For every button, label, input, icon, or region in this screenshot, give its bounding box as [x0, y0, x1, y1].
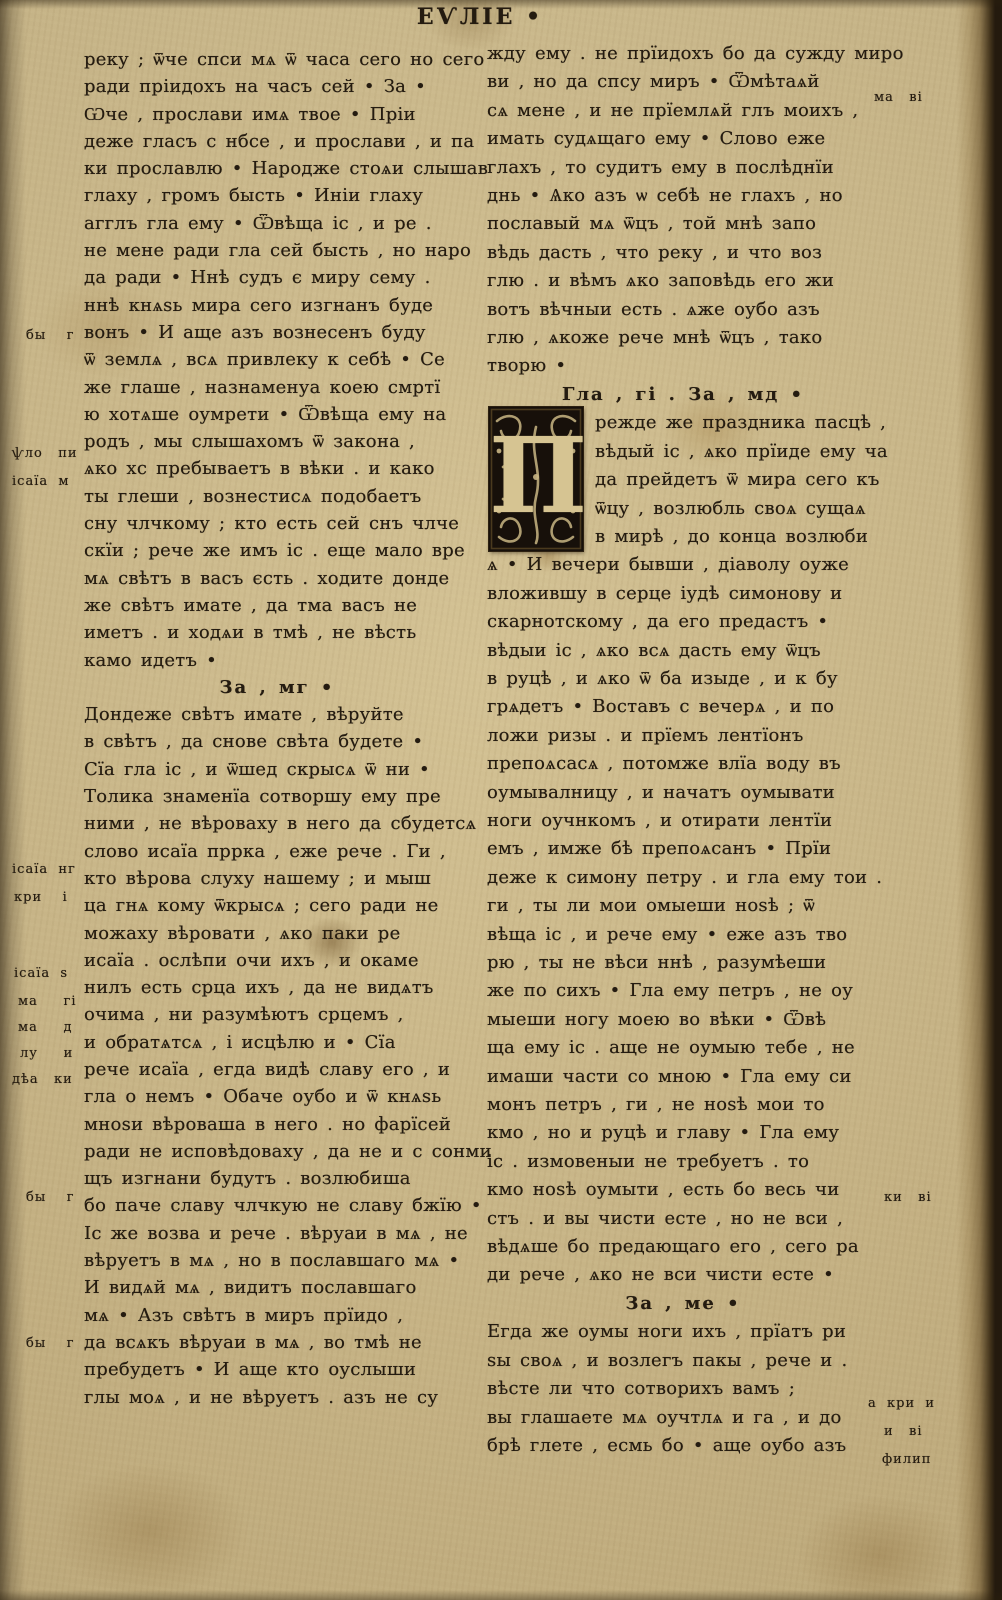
- text-line: глаху , громъ бысть • Иніи глаху: [84, 182, 470, 209]
- text-line: мноѕи вѣроваша в него . но фарїсей: [84, 1111, 470, 1138]
- text-line: скїи ; рече же имъ іс . еще мало вре: [84, 537, 470, 564]
- text-line: да ради • Ннѣ судъ є миру сему .: [84, 264, 470, 291]
- text-line: сѧ мене , и не прїемлѧй глъ моихъ ,: [487, 97, 879, 125]
- text-line: деже гласъ с нбсе , и прослави , и па: [84, 128, 470, 155]
- zachalo-heading-45: За , ме •: [487, 1290, 879, 1318]
- book-page-scan: ЕѴЛІЕ • реку ; ѿче спси мѧ ѿ часа сего н…: [0, 0, 1002, 1600]
- text-line: глы моѧ , и не вѣруетъ . азъ не су: [84, 1384, 470, 1411]
- ornate-initial-block: П: [489, 407, 583, 551]
- text-line: стъ . и вы чисти есте , но не вси ,: [487, 1205, 879, 1233]
- text-line: вѣдыи іс , ѧко всѧ дасть ему ѿцъ: [487, 637, 879, 665]
- text-line: ради не исповѣдоваху , да не и с сонми: [84, 1138, 470, 1165]
- text-line: Іс же возва и рече . вѣруаи в мѧ , не: [84, 1220, 470, 1247]
- text-line: пребудетъ • И аще кто оуслыши: [84, 1356, 470, 1383]
- text-line: слово исаїа пррка , еже рече . Ги ,: [84, 838, 470, 865]
- text-line: родъ , мы слышахомъ ѿ закона ,: [84, 428, 470, 455]
- text-line: вотъ вѣчныи есть . ѧже оубо азъ: [487, 296, 879, 324]
- text-line: очима , ни разумѣютъ срцемъ ,: [84, 1001, 470, 1028]
- text-line: гла о немъ • Обаче оубо и ѿ кнѧѕь: [84, 1083, 470, 1110]
- text-line: в свѣтъ , да снове свѣта будете •: [84, 728, 470, 755]
- text-line: не мене ради гла сей бысть , но наро: [84, 237, 470, 264]
- text-line: деже к симону петру . и гла ему тои .: [487, 864, 879, 892]
- text-line: рече исаїа , егда видѣ славу его , и: [84, 1056, 470, 1083]
- text-line: глю , ѧкоже рече мнѣ ѿцъ , тако: [487, 324, 879, 352]
- text-line: глахъ , то судитъ ему в послѣднїи: [487, 154, 879, 182]
- margin-note: ма д: [18, 1020, 73, 1035]
- right-column: жду ему . не прїидохъ бо да сужду мирови…: [487, 40, 879, 1460]
- right-text-block-2: ѧ • И вечери бывши , діаволу оужевложивш…: [487, 551, 879, 1290]
- text-line: творю •: [487, 352, 879, 380]
- text-line: ца гнѧ кому ѿкрысѧ ; сего ради не: [84, 892, 470, 919]
- text-line: реку ; ѿче спси мѧ ѿ часа сего но сего: [84, 46, 470, 73]
- initial-letter-P: П: [489, 415, 583, 538]
- text-line: вѣща іс , и рече ему • еже азъ тво: [487, 921, 879, 949]
- text-line: ди рече , ѧко не вси чисти есте •: [487, 1261, 879, 1289]
- text-line: имать судѧщаго ему • Слово еже: [487, 125, 879, 153]
- text-line: ю хотѧше оумрети • Ѿвѣща ему на: [84, 401, 470, 428]
- text-line: И видѧй мѧ , видитъ пославшаго: [84, 1274, 470, 1301]
- right-text-block-3: Егда же оумы ноги ихъ , прїатъ риѕы своѧ…: [487, 1318, 879, 1460]
- text-line: да всѧкъ вѣруаи в мѧ , во тмѣ не: [84, 1329, 470, 1356]
- text-line: брѣ глете , есмь бо • аще оубо азъ: [487, 1432, 879, 1460]
- text-line: вѣдь дасть , что реку , и что воз: [487, 239, 879, 267]
- text-line: рю , ты не вѣси ннѣ , разумѣеши: [487, 949, 879, 977]
- margin-note: ісаїа ѕ: [14, 966, 68, 981]
- text-line: ѕы своѧ , и возлегъ пакы , рече и .: [487, 1347, 879, 1375]
- text-line: вѣсте ли что сотворихъ вамъ ;: [487, 1375, 879, 1403]
- margin-note: ісаїа м: [12, 474, 69, 489]
- margin-note: ма ві: [874, 90, 923, 105]
- text-line: мѧ свѣтъ в васъ єсть . ходите донде: [84, 565, 470, 592]
- text-line: вложившу в серце іудѣ симонову и: [487, 580, 879, 608]
- running-title: ЕѴЛІЕ •: [0, 4, 960, 30]
- text-line: скарнотскому , да его предастъ •: [487, 608, 879, 636]
- text-line: монъ петръ , ги , не ноѕѣ мои то: [487, 1091, 879, 1119]
- text-line: ннѣ кнѧѕь мира сего изгнанъ буде: [84, 292, 470, 319]
- page-edge-bottom: [0, 1590, 1002, 1600]
- text-line: глю . и вѣмъ ѧко заповѣдь его жи: [487, 267, 879, 295]
- margin-note: бы г: [26, 1190, 75, 1205]
- text-line: ѿ землѧ , всѧ привлеку к себѣ • Се: [84, 346, 470, 373]
- text-line: днь • Ѧко азъ ѡ себѣ не глахъ , но: [487, 182, 879, 210]
- text-line: Сїа гла іс , и ѿшед скрысѧ ѿ ни •: [84, 756, 470, 783]
- margin-note: бы г: [26, 1336, 75, 1351]
- text-line: в руцѣ , и ѧко ѿ ба изыде , и к бу: [487, 665, 879, 693]
- text-line: можаху вѣровати , ѧко паки ре: [84, 920, 470, 947]
- text-line: агглъ гла ему • Ѿвѣща іс , и ре .: [84, 210, 470, 237]
- text-line: ѧ • И вечери бывши , діаволу оуже: [487, 551, 879, 579]
- text-line: Ѡче , прослави имѧ твое • Пріи: [84, 101, 470, 128]
- text-line: Дондеже свѣтъ имате , вѣруйте: [84, 701, 470, 728]
- text-line: кмо , но и руцѣ и главу • Гла ему: [487, 1119, 879, 1147]
- text-line: пославый мѧ ѿцъ , той мнѣ запо: [487, 210, 879, 238]
- text-line: емъ , имже бѣ препоѧсанъ • Прїи: [487, 835, 879, 863]
- text-line: кто вѣрова слуху нашему ; и мыш: [84, 865, 470, 892]
- text-line: ложи ризы . и прїемъ лентїонъ: [487, 722, 879, 750]
- text-line: грѧдетъ • Воставъ с вечерѧ , и по: [487, 693, 879, 721]
- text-line: ки прославлю • Народже стоѧи слышав: [84, 155, 470, 182]
- text-line: бо паче славу члчкую не славу бжїю •: [84, 1192, 470, 1219]
- chapter-zachalo-heading-44: Гла , гі . За , мд •: [487, 381, 879, 409]
- text-line: ты глеши , вознестисѧ подобаетъ: [84, 483, 470, 510]
- left-column: реку ; ѿче спси мѧ ѿ часа сего но сегора…: [84, 46, 470, 1411]
- text-line: ними , не вѣроваху в него да сбудетсѧ: [84, 810, 470, 837]
- text-line: щъ изгнани будутъ . возлюбиша: [84, 1165, 470, 1192]
- text-line: жду ему . не прїидохъ бо да сужду миро: [487, 40, 879, 68]
- margin-note: бы г: [26, 328, 75, 343]
- margin-note: филип: [882, 1452, 931, 1467]
- text-line: кмо ноѕѣ оумыти , есть бо весь чи: [487, 1176, 879, 1204]
- text-line: препоѧсасѧ , потомже влїа воду въ: [487, 750, 879, 778]
- text-line: ви , но да спсу миръ • Ѿмѣтаѧй: [487, 68, 879, 96]
- left-text-block-1: реку ; ѿче спси мѧ ѿ часа сего но сегора…: [84, 46, 470, 674]
- text-line: ги , ты ли мои омыеши ноѕѣ ; ѿ: [487, 892, 879, 920]
- text-line: же свѣтъ имате , да тма васъ не: [84, 592, 470, 619]
- text-line: мѧ • Азъ свѣтъ в миръ прїидо ,: [84, 1302, 470, 1329]
- left-text-block-2: Дондеже свѣтъ имате , вѣруйтев свѣтъ , д…: [84, 701, 470, 1411]
- margin-note: дѣа ки: [12, 1072, 73, 1087]
- margin-note: ма гі: [18, 994, 77, 1009]
- text-line: иметъ . и ходѧи в тмѣ , не вѣсть: [84, 619, 470, 646]
- margin-note: ѱло пи: [12, 446, 78, 461]
- text-line: ѧко хс пребываетъ в вѣки . и како: [84, 455, 470, 482]
- text-line: вѣруетъ в мѧ , но в пославшаго мѧ •: [84, 1247, 470, 1274]
- text-line: исаїа . ослѣпи очи ихъ , и окаме: [84, 947, 470, 974]
- page-edge-right: [956, 0, 1002, 1600]
- text-line: же по сихъ • Гла ему петръ , не оу: [487, 977, 879, 1005]
- text-line: сну члчкому ; кто есть сей снъ члче: [84, 510, 470, 537]
- text-line: же глаше , назнаменуа коею смртї: [84, 374, 470, 401]
- margin-note: кри і: [14, 890, 68, 905]
- text-line: нилъ есть срца ихъ , да не видѧтъ: [84, 974, 470, 1001]
- text-line: вы глашаете мѧ оучтлѧ и га , и до: [487, 1404, 879, 1432]
- text-line: Толика знаменїа сотворшу ему пре: [84, 783, 470, 810]
- text-line: Егда же оумы ноги ихъ , прїатъ ри: [487, 1318, 879, 1346]
- text-line: имаши части со мною • Гла ему си: [487, 1063, 879, 1091]
- text-line: и обратѧтсѧ , і исцѣлю и • Сїа: [84, 1029, 470, 1056]
- text-line: мыеши ногу моею во вѣки • Ѿвѣ: [487, 1006, 879, 1034]
- text-line: вонъ • И аще азъ вознесенъ буду: [84, 319, 470, 346]
- right-text-block-1: жду ему . не прїидохъ бо да сужду мирови…: [487, 40, 879, 381]
- margin-note: а кри и: [868, 1396, 935, 1411]
- margin-note: ісаїа нг: [12, 862, 76, 877]
- text-line: оумывалницу , и начатъ оумывати: [487, 779, 879, 807]
- binding-shadow-left: [0, 0, 26, 1600]
- text-line: ноги оучнкомъ , и отирати лентїи: [487, 807, 879, 835]
- margin-note: ки ві: [884, 1190, 932, 1205]
- margin-note: лу и: [20, 1046, 73, 1061]
- zachalo-heading-43: За , мг •: [84, 674, 470, 701]
- text-line: вѣдѧше бо предающаго его , сего ра: [487, 1233, 879, 1261]
- text-line: іс . измовеныи не требуетъ . то: [487, 1148, 879, 1176]
- margin-note: и ві: [884, 1424, 923, 1439]
- text-line: ща ему іс . аще не оумыю тебе , не: [487, 1034, 879, 1062]
- text-line: ради пріидохъ на часъ сей • За •: [84, 73, 470, 100]
- text-line: камо идетъ •: [84, 647, 470, 674]
